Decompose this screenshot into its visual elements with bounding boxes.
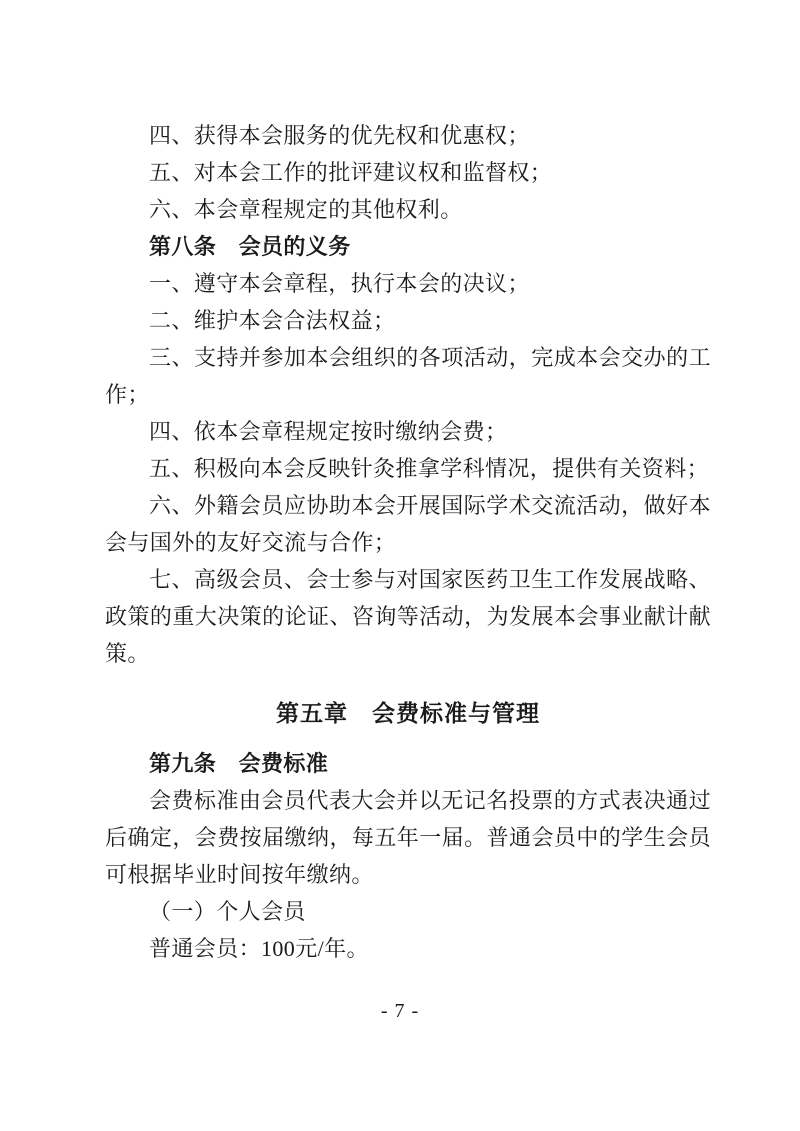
paragraph: 五、积极向本会反映针灸推拿学科情况，提供有关资料； <box>105 450 711 487</box>
paragraph: 普通会员：100元/年。 <box>105 930 711 967</box>
paragraph: 六、本会章程规定的其他权利。 <box>105 191 711 228</box>
paragraph: 四、获得本会服务的优先权和优惠权； <box>105 117 711 154</box>
paragraph: 二、维护本会合法权益； <box>105 302 711 339</box>
page-number: - 7 - <box>0 1000 800 1023</box>
section-heading: 第九条 会费标准 <box>105 745 711 782</box>
paragraph: 四、依本会章程规定按时缴纳会费； <box>105 413 711 450</box>
paragraph: 七、高级会员、会士参与对国家医药卫生工作发展战略、政策的重大决策的论证、咨询等活… <box>105 561 711 672</box>
section-heading: 第八条 会员的义务 <box>105 228 711 265</box>
paragraph: 一、遵守本会章程，执行本会的决议； <box>105 265 711 302</box>
document-page: 四、获得本会服务的优先权和优惠权； 五、对本会工作的批评建议权和监督权； 六、本… <box>0 0 800 1131</box>
document-body: 四、获得本会服务的优先权和优惠权； 五、对本会工作的批评建议权和监督权； 六、本… <box>105 117 711 967</box>
chapter-title: 第五章 会费标准与管理 <box>105 695 711 732</box>
paragraph: 六、外籍会员应协助本会开展国际学术交流活动，做好本会与国外的友好交流与合作； <box>105 487 711 561</box>
paragraph: 三、支持并参加本会组织的各项活动，完成本会交办的工作； <box>105 339 711 413</box>
paragraph: （一）个人会员 <box>105 893 711 930</box>
paragraph: 会费标准由会员代表大会并以无记名投票的方式表决通过后确定，会费按届缴纳，每五年一… <box>105 782 711 893</box>
paragraph: 五、对本会工作的批评建议权和监督权； <box>105 154 711 191</box>
